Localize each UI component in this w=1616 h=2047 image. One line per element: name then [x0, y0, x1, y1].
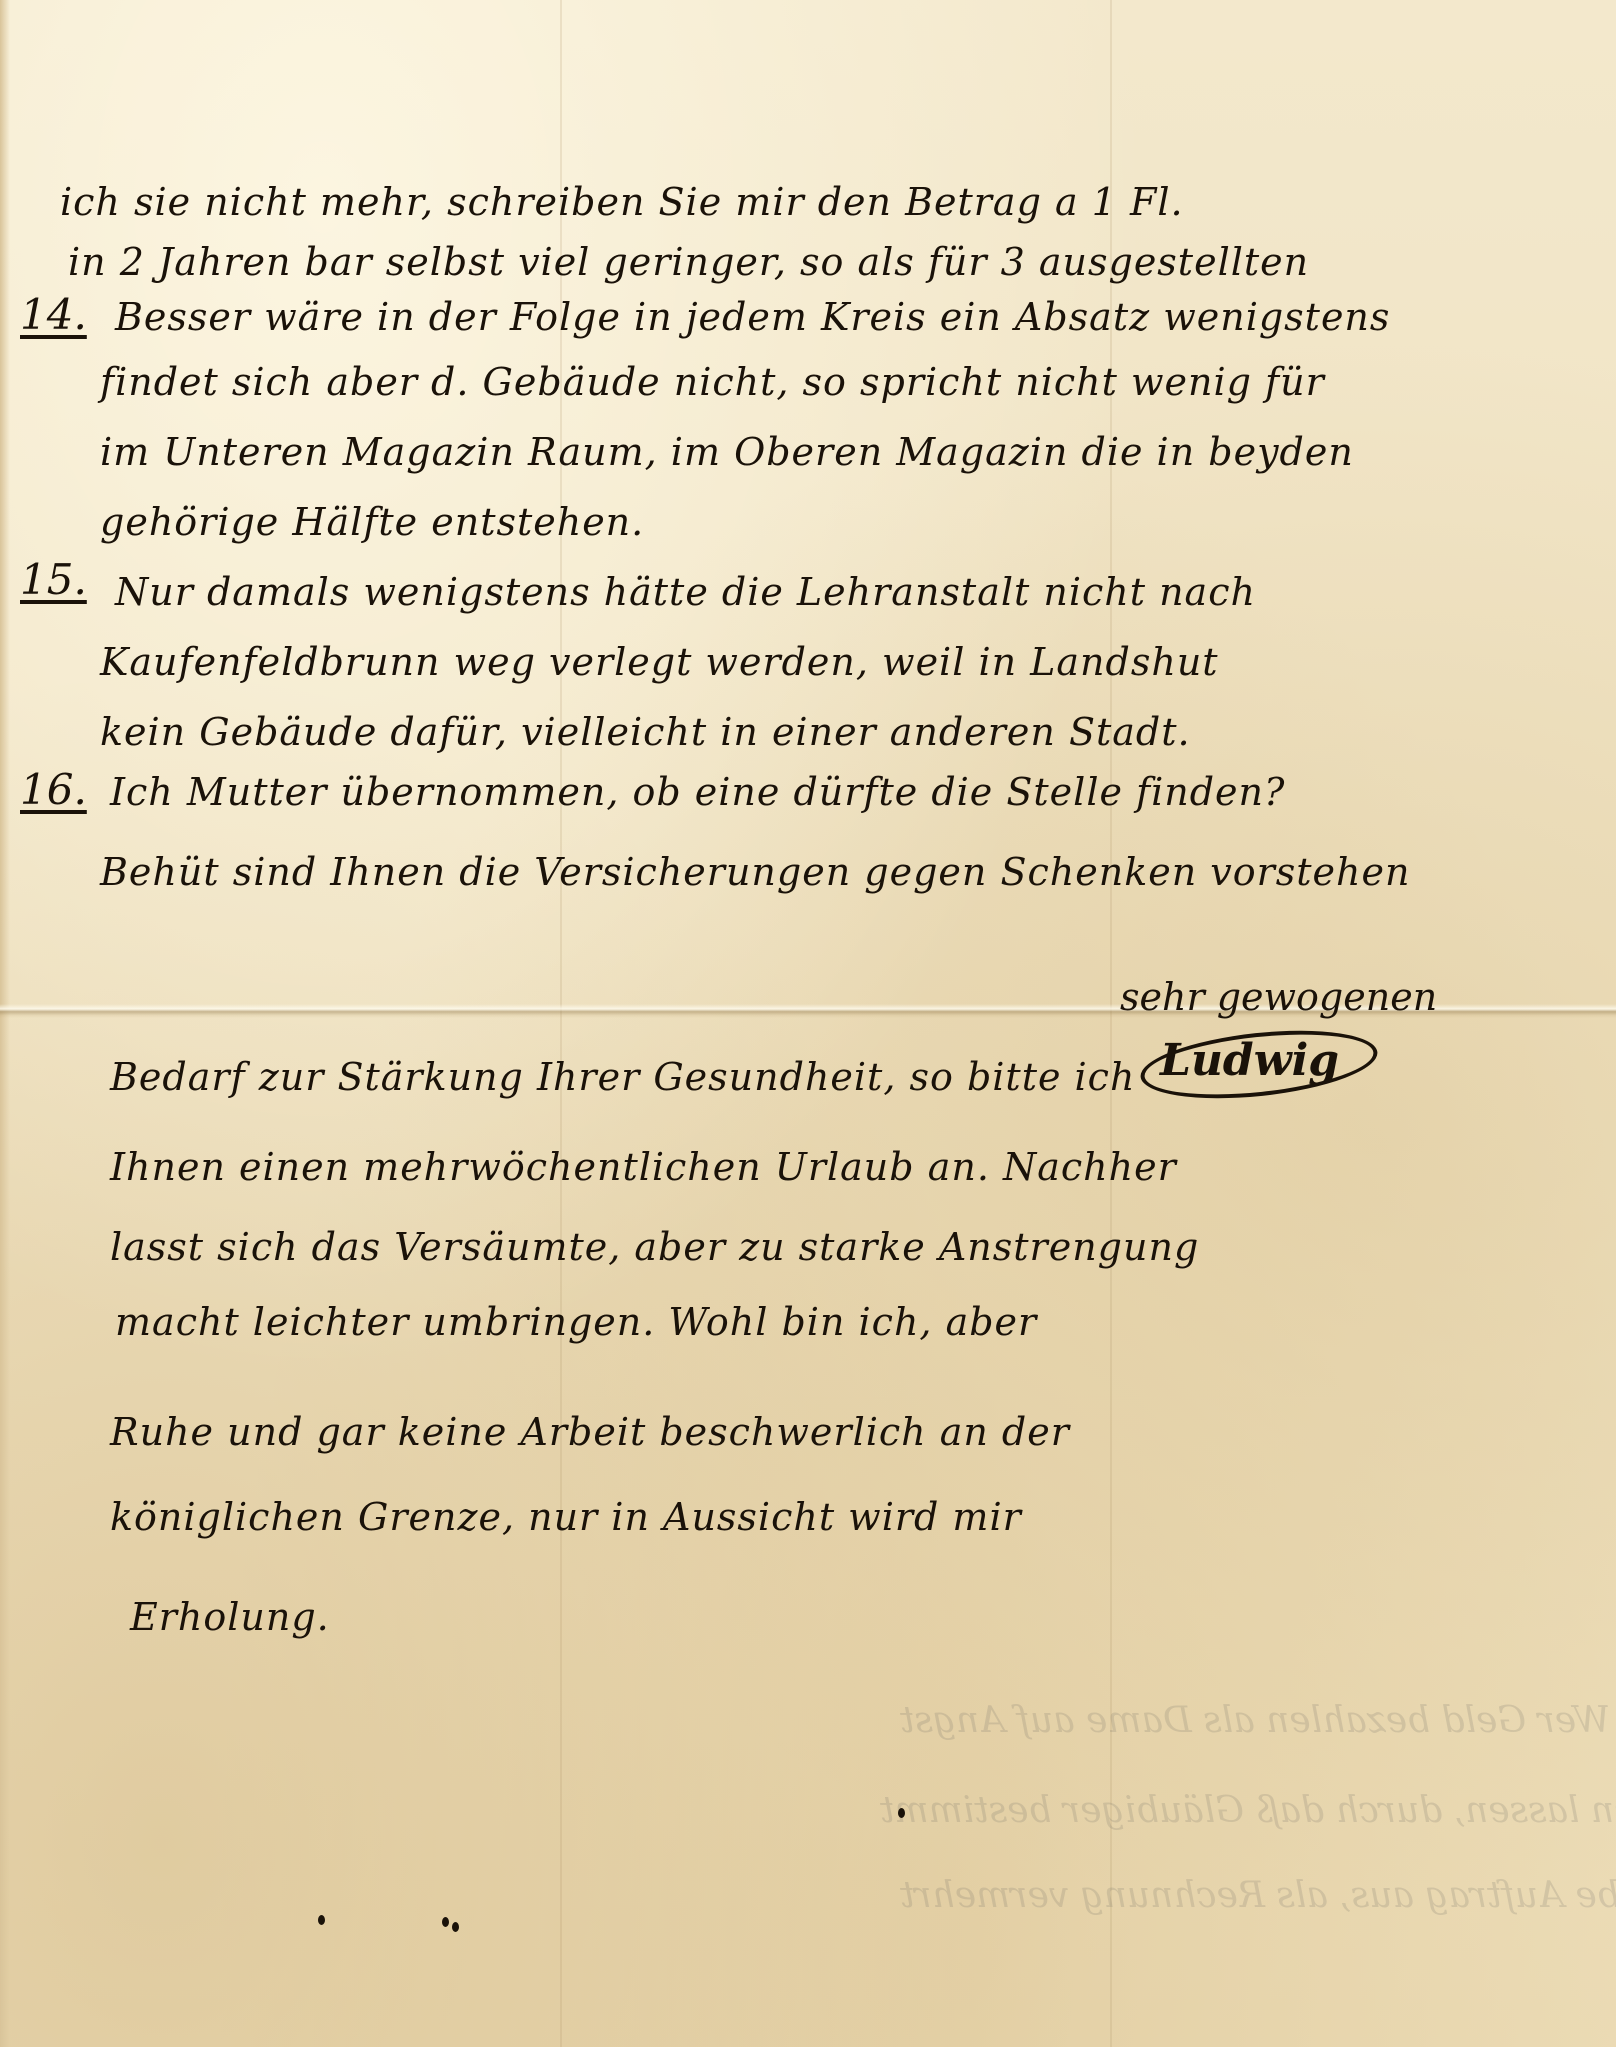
letter-line: Kaufenfeldbrunn weg verlegt werden, weil… [100, 640, 1219, 684]
letter-line: Ich Mutter übernommen, ob eine dürfte di… [110, 770, 1285, 814]
bleed-through-text: Gebe Auftrag aus, als Rechnung vermehrt [900, 1875, 1616, 1916]
closing-phrase: sehr gewogenen [1120, 975, 1437, 1019]
letter-line: gehörige Hälfte entstehen. [100, 500, 644, 544]
letter-line: Behüt sind Ihnen die Versicherungen gege… [100, 850, 1410, 894]
signature: Ludwig [1160, 1035, 1339, 1086]
letter-line: Erholung. [130, 1595, 330, 1639]
letter-line: Besser wäre in der Folge in jedem Kreis … [115, 295, 1390, 339]
letter-line: findet sich aber d. Gebäude nicht, so sp… [100, 360, 1325, 404]
letter-line: Ihnen einen mehrwöchentlichen Urlaub an.… [110, 1145, 1177, 1189]
letter-line: Ruhe und gar keine Arbeit beschwerlich a… [110, 1410, 1070, 1454]
letter-line: lasst sich das Versäumte, aber zu starke… [110, 1225, 1199, 1269]
ink-speck [318, 1915, 325, 1925]
letter-line: königlichen Grenze, nur in Aussicht wird… [110, 1495, 1022, 1539]
letter-line: macht leichter umbringen. Wohl bin ich, … [115, 1300, 1037, 1344]
letter-line: Nur damals wenigstens hätte die Lehranst… [115, 570, 1256, 614]
paragraph-number: 16. [20, 765, 87, 814]
ink-speck [898, 1808, 905, 1818]
letter-line: in 2 Jahren bar selbst viel geringer, so… [68, 240, 1309, 284]
paper-edge [0, 0, 10, 2047]
letter-line: Bedarf zur Stärkung Ihrer Gesundheit, so… [110, 1055, 1135, 1099]
letter-line: ich sie nicht mehr, schreiben Sie mir de… [60, 180, 1184, 224]
letter-line: kein Gebäude dafür, vielleicht in einer … [100, 710, 1191, 754]
signature-block: sehr gewogenen Ludwig [1120, 975, 1520, 1115]
letter-page: 19. Wer Geld bezahlen als Dame auf Angst… [0, 0, 1616, 2047]
paragraph-number: 14. [20, 290, 87, 339]
ink-speck [442, 1917, 449, 1927]
bleed-through-text: 19. Wer Geld bezahlen als Dame auf Angst [900, 1700, 1616, 1741]
letter-line: im Unteren Magazin Raum, im Oberen Magaz… [100, 430, 1354, 474]
ink-speck [452, 1922, 459, 1932]
paragraph-number: 15. [20, 555, 87, 604]
bleed-through-text: ich Gefangen lassen, durch daß Gläubiger… [880, 1790, 1616, 1831]
